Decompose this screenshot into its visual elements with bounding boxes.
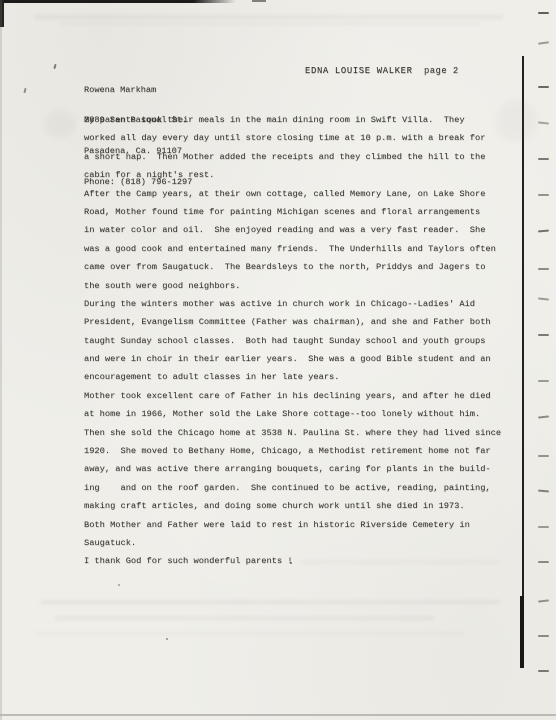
scan-artifact-dash bbox=[538, 41, 549, 45]
text-line: a short nap. Then Mother added the recei… bbox=[84, 148, 528, 166]
text-line: President, Evangelism Committee (Father … bbox=[84, 313, 528, 331]
text-line: Both Mother and Father were laid to rest… bbox=[84, 516, 528, 534]
scan-artifact-dash bbox=[538, 268, 549, 270]
text-line: Road, Mother found time for painting Mic… bbox=[84, 203, 528, 221]
scan-artifact-fleck bbox=[118, 584, 120, 586]
scan-artifact-dash bbox=[538, 334, 549, 336]
document-title: EDNA LOUISE WALKER bbox=[305, 66, 413, 76]
text-line: encouragement to adult classes in her la… bbox=[84, 368, 528, 386]
text-line: cabin for a night's rest. bbox=[84, 166, 528, 184]
text-line: in water color and oil. She enjoyed read… bbox=[84, 221, 528, 239]
text-line: I thank God for such wonderful parents ! bbox=[84, 552, 528, 570]
scan-artifact-fleck bbox=[53, 64, 56, 69]
text-line: away, and was active there arranging bou… bbox=[84, 460, 528, 478]
scan-artifact-dash bbox=[538, 490, 549, 493]
scan-artifact-ghost-text bbox=[35, 632, 465, 635]
scan-artifact-dash bbox=[538, 158, 549, 160]
sender-name: Rowena Markham bbox=[84, 85, 192, 95]
scan-artifact-dash bbox=[538, 455, 549, 457]
scan-artifact-dash bbox=[538, 297, 549, 300]
letter-body: My parents took their meals in the main … bbox=[84, 111, 528, 571]
text-line: was a good cook and entertained many fri… bbox=[84, 240, 528, 258]
text-line: worked all day every day until store clo… bbox=[84, 129, 528, 147]
scan-artifact-dash bbox=[538, 599, 549, 602]
page-number: page 2 bbox=[424, 66, 459, 76]
text-line: After the Camp years, at their own cotta… bbox=[84, 185, 528, 203]
scan-artifact-dash bbox=[538, 526, 549, 528]
text-line: 1920. She moved to Bethany Home, Chicago… bbox=[84, 442, 528, 460]
scan-artifact-dash bbox=[538, 415, 549, 418]
text-line: at home in 1966, Mother sold the Lake Sh… bbox=[84, 405, 528, 423]
scan-artifact-ghost-text bbox=[34, 15, 504, 19]
text-line: and were in choir in their earlier years… bbox=[84, 350, 528, 368]
scan-artifact-ghost-text bbox=[60, 22, 480, 25]
scan-artifact-top-bar-fragment bbox=[252, 0, 266, 2]
scan-artifact-right-line-bottom bbox=[520, 596, 524, 668]
scan-artifact-fleck bbox=[23, 88, 26, 93]
text-line: My parents took their meals in the main … bbox=[84, 111, 528, 129]
text-line: ing and on the roof garden. She continue… bbox=[84, 479, 528, 497]
text-line: Saugatuck. bbox=[84, 534, 528, 552]
text-line: Mother took excellent care of Father in … bbox=[84, 387, 528, 405]
text-line: taught Sunday school classes. Both had t… bbox=[84, 332, 528, 350]
scan-artifact-smudge bbox=[44, 110, 76, 138]
scan-artifact-top-bar bbox=[0, 0, 236, 3]
scan-artifact-dash bbox=[538, 12, 549, 14]
scan-artifact-bottom-edge bbox=[0, 714, 556, 716]
text-line: the south were good neighbors. bbox=[84, 277, 528, 295]
scan-artifact-dash bbox=[538, 230, 549, 233]
text-line: Then she sold the Chicago home at 3538 N… bbox=[84, 424, 528, 442]
scan-artifact-fleck bbox=[166, 638, 168, 640]
scan-artifact-dash bbox=[538, 194, 549, 196]
scanned-document-page: Rowena Markham 2889 San Pasqual St. Pasa… bbox=[0, 0, 556, 720]
scan-artifact-dash bbox=[538, 561, 549, 563]
scan-artifact-dash bbox=[538, 635, 549, 637]
text-line: came over from Saugatuck. The Beardsleys… bbox=[84, 258, 528, 276]
text-line: During the winters mother was active in … bbox=[84, 295, 528, 313]
scan-artifact-dash bbox=[538, 670, 549, 672]
scan-artifact-left-edge bbox=[0, 0, 2, 720]
scan-artifact-dash bbox=[538, 380, 549, 382]
scan-artifact-dash bbox=[538, 121, 549, 124]
scan-artifact-ghost-text bbox=[55, 616, 435, 620]
scan-artifact-ghost-text bbox=[40, 600, 500, 604]
scan-artifact-dash bbox=[538, 86, 549, 88]
text-line: making craft articles, and doing some ch… bbox=[84, 497, 528, 515]
